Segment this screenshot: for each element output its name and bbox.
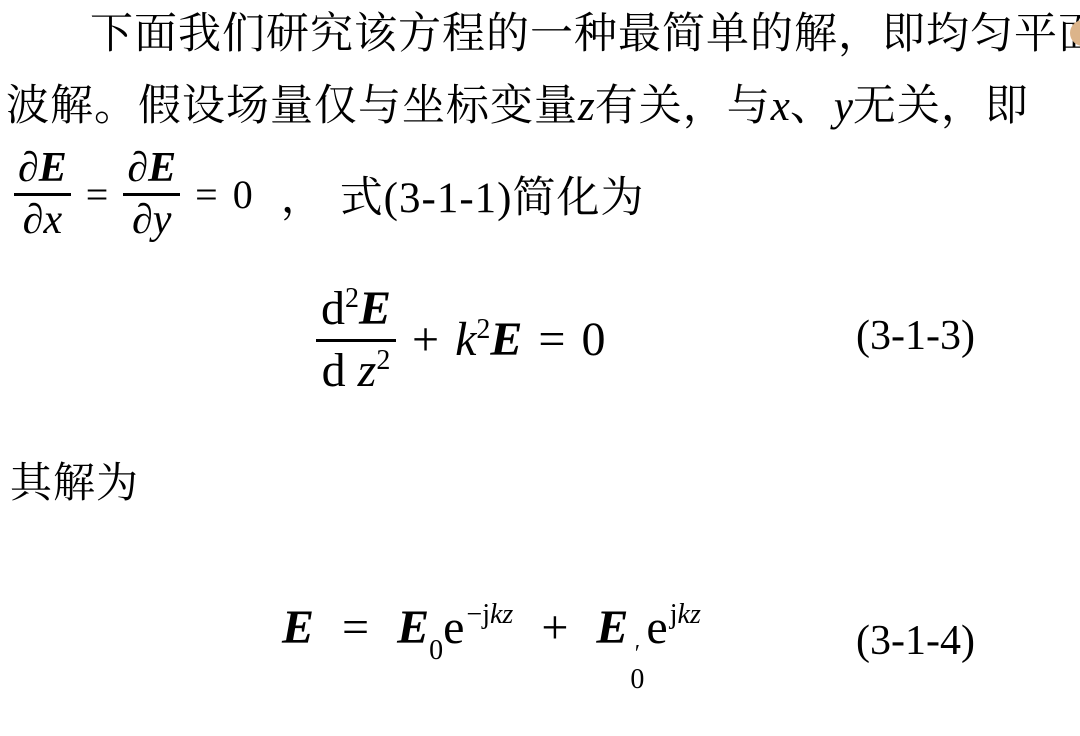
equals-sign: =: [195, 171, 218, 218]
comma: ，: [281, 164, 324, 225]
vector-E: E: [148, 145, 176, 191]
variable-z: z: [578, 83, 595, 130]
fraction-dE-dx-numerator: ∂E: [14, 146, 71, 196]
equation-label-3-1-3: (3-1-3): [856, 312, 975, 360]
variable-y: y: [153, 197, 172, 243]
exponent-minus-jkz: −jkz: [466, 598, 513, 632]
fraction-d2E-dz2-numerator: d2E: [316, 282, 396, 342]
zero-value: 0: [233, 171, 253, 218]
vector-E: E: [282, 601, 314, 654]
fraction-dE-dx-denominator: ∂x: [23, 196, 62, 243]
fraction-dE-dy-denominator: ∂y: [132, 196, 171, 243]
inline-formula-partials: ∂E ∂x = ∂E ∂y = 0 ， 式(3-1-1)简化为: [14, 146, 644, 244]
equals-sign: =: [342, 601, 369, 654]
fraction-dE-dx: ∂E ∂x: [14, 146, 71, 244]
vector-E0: E: [397, 601, 429, 654]
vector-E0-prime: E: [596, 601, 628, 654]
reference-to-eq-3-1-1: 式(3-1-1)简化为: [340, 164, 645, 225]
subscript-zero: 0: [429, 635, 443, 666]
euler-e: e: [646, 601, 667, 654]
para-line-2-seg0: 波解。假设场量仅与坐标变量: [6, 83, 578, 130]
variable-y: y: [834, 83, 853, 130]
zero-value: 0: [582, 312, 606, 367]
equals-sign: =: [86, 171, 109, 218]
vector-E: E: [359, 282, 391, 335]
variable-x: x: [771, 83, 790, 130]
exponent-jkz: jkz: [670, 598, 701, 632]
fraction-dE-dy: ∂E ∂y: [123, 146, 180, 244]
equation-3-1-4: E = E0e−jkz + E′0ejkz: [282, 598, 701, 694]
variable-k: k: [455, 313, 476, 366]
vector-E: E: [490, 313, 522, 366]
para-line-2-seg1: 有关，与: [595, 83, 771, 130]
variable-z: z: [358, 344, 377, 397]
euler-e: e: [443, 601, 464, 654]
plus-sign: +: [541, 601, 568, 654]
para-line-1: 下面我们研究该方程的一种最简单的解，即均匀平面: [90, 10, 1080, 59]
solution-intro-text: 其解为: [10, 460, 139, 508]
equation-3-1-3: d2E dz2 + k2E = 0: [316, 282, 606, 398]
plus-sign: +: [412, 312, 439, 367]
fraction-d2E-dz2-denominator: dz2: [322, 342, 391, 398]
prime-over-subscript-zero: ′0: [630, 642, 644, 694]
vector-E: E: [39, 145, 67, 191]
variable-x: x: [43, 197, 62, 243]
para-line-2-seg3: 无关，即: [853, 83, 1029, 130]
slide-page: 下面我们研究该方程的一种最简单的解，即均匀平面 波解。假设场量仅与坐标变量z有关…: [0, 0, 1080, 736]
equation-label-3-1-4: (3-1-4): [856, 617, 975, 665]
k-squared-E-term: k2E: [455, 312, 522, 367]
fraction-dE-dy-numerator: ∂E: [123, 146, 180, 196]
para-line-2-seg2: 、: [790, 83, 834, 130]
para-line-2: 波解。假设场量仅与坐标变量z有关，与x、y无关，即: [6, 82, 1029, 131]
equals-sign: =: [538, 312, 565, 367]
fraction-d2E-dz2: d2E dz2: [316, 282, 396, 398]
